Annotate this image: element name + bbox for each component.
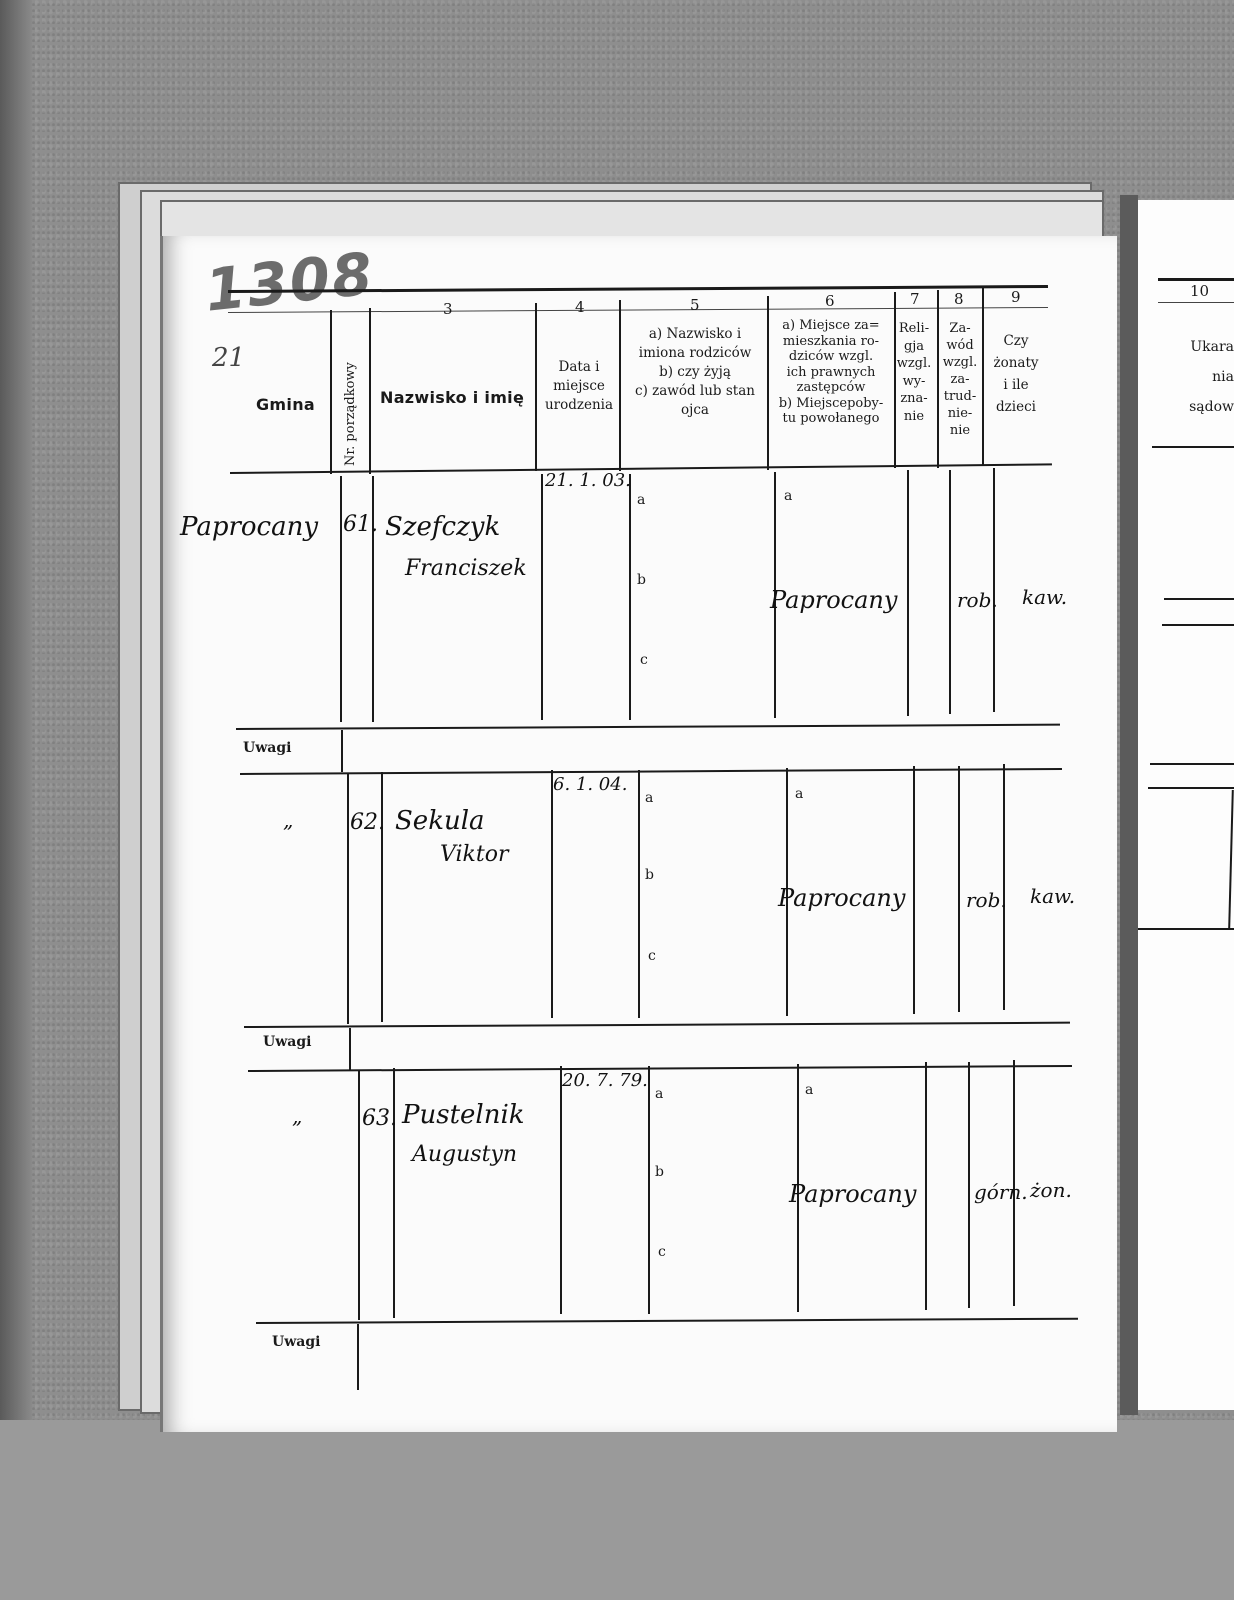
header-data-urodzenia-text: Data i miejsce urodzenia bbox=[545, 359, 613, 413]
book-gutter bbox=[1120, 195, 1138, 1415]
column-number-7: 7 bbox=[910, 290, 920, 308]
column-rule bbox=[541, 474, 543, 720]
entry-2-label-a: a bbox=[645, 790, 653, 806]
column-rule bbox=[560, 1066, 562, 1314]
entry-2-given-name: Viktor bbox=[440, 842, 508, 867]
header-religia: Reli- gja wzgl. wy- zna- nie bbox=[894, 320, 934, 425]
header-line: mieszkania ro- bbox=[768, 334, 894, 350]
column-rule bbox=[369, 308, 371, 474]
column-rule bbox=[535, 303, 537, 471]
header-line: wzgl. bbox=[894, 355, 934, 373]
entry-2-surname: Sekula bbox=[395, 806, 485, 836]
entry-2-occupation: rob. bbox=[966, 888, 1007, 912]
header-line: zastępców bbox=[768, 380, 894, 396]
column-rule bbox=[330, 310, 332, 474]
header-line: wy- bbox=[894, 373, 934, 391]
entry-2-marital: kaw. bbox=[1030, 884, 1075, 908]
entry-1-residence-label-a: a bbox=[784, 488, 792, 504]
column-rule bbox=[949, 470, 951, 714]
entry-3-label-b: b bbox=[655, 1164, 664, 1180]
header-zawod: Za- wód wzgl. za- trud- nie- nie bbox=[938, 320, 982, 439]
column-rule bbox=[347, 774, 349, 1024]
entry-1-label-a: a bbox=[637, 492, 645, 508]
header-line: ojca bbox=[622, 401, 768, 420]
entry-1-gmina: Paprocany bbox=[180, 512, 318, 542]
entry-3-gmina-ditto: „ bbox=[292, 1104, 302, 1128]
header-line: b) czy żyją bbox=[622, 363, 768, 382]
header-ukarania: Ukara nia sądow bbox=[1162, 332, 1234, 422]
entry-3-remarks-label: Uwagi bbox=[272, 1334, 320, 1350]
entry-2-label-c: c bbox=[648, 948, 656, 964]
header-line: Ukara bbox=[1162, 332, 1234, 362]
remarks-rule bbox=[341, 730, 343, 772]
entry-1-residence: Paprocany bbox=[770, 586, 897, 614]
header-line: wód bbox=[938, 337, 982, 354]
column-number-4: 4 bbox=[575, 298, 585, 316]
header-line: Za- bbox=[938, 320, 982, 337]
column-rule bbox=[340, 476, 342, 722]
scan-background-edge bbox=[0, 0, 32, 1600]
column-rule bbox=[937, 290, 939, 468]
right-header-bottom-rule bbox=[1152, 446, 1234, 448]
column-rule bbox=[551, 770, 553, 1018]
header-line: nie bbox=[894, 408, 934, 426]
header-line: trud- bbox=[938, 388, 982, 405]
column-number-5: 5 bbox=[690, 296, 700, 314]
column-rule bbox=[913, 766, 915, 1014]
column-rule bbox=[638, 770, 640, 1018]
header-line: dzieci bbox=[984, 396, 1048, 418]
page-number: 21 bbox=[212, 343, 245, 373]
header-miejsce-zamieszkania: a) Miejsce za= mieszkania ro- dziców wzg… bbox=[768, 318, 894, 427]
header-line: tu powołanego bbox=[768, 411, 894, 427]
right-row-rule bbox=[1150, 763, 1234, 765]
entry-2-gmina-ditto: „ bbox=[283, 808, 293, 832]
column-rule bbox=[894, 292, 896, 468]
column-rule bbox=[925, 1062, 927, 1310]
entry-1-nr: 61. bbox=[343, 512, 378, 537]
column-rule bbox=[907, 470, 909, 716]
column-rule bbox=[982, 288, 984, 466]
entry-3-residence-label-a: a bbox=[805, 1082, 813, 1098]
right-row-rule bbox=[1162, 624, 1234, 626]
entry-2-label-b: b bbox=[645, 867, 654, 883]
header-line: ich prawnych bbox=[768, 365, 894, 381]
entry-2-nr: 62. bbox=[350, 810, 385, 835]
header-line: żonaty bbox=[984, 352, 1048, 374]
right-header-number-rule bbox=[1158, 302, 1234, 303]
entry-3-surname: Pustelnik bbox=[402, 1100, 525, 1130]
remarks-rule bbox=[349, 1028, 351, 1070]
entry-3-marital: żon. bbox=[1030, 1178, 1072, 1202]
entry-1-birth-date: 21. 1. 03. bbox=[545, 470, 631, 491]
header-zonaty: Czy żonaty i ile dzieci bbox=[984, 330, 1048, 418]
header-gmina: Gmina bbox=[256, 395, 315, 414]
header-nr-porzadkowy: Nr. porządkowy bbox=[343, 362, 358, 466]
entry-3-label-c: c bbox=[658, 1244, 666, 1260]
entry-2-residence-label-a: a bbox=[795, 786, 803, 802]
header-line: b) Miejscepoby- bbox=[768, 396, 894, 412]
column-rule bbox=[648, 1066, 650, 1314]
column-rule bbox=[619, 300, 621, 471]
entry-3-residence: Paprocany bbox=[789, 1180, 916, 1208]
header-data-urodzenia: Data i miejsce urodzenia bbox=[538, 358, 620, 415]
header-line: nie- bbox=[938, 405, 982, 422]
header-nazwisko-imie: Nazwisko i imię bbox=[380, 388, 524, 407]
header-line: dziców wzgl. bbox=[768, 349, 894, 365]
column-number-9: 9 bbox=[1011, 288, 1021, 306]
entry-3-given-name: Augustyn bbox=[412, 1142, 517, 1167]
header-line: nie bbox=[938, 422, 982, 439]
entry-3-birth-date: 20. 7. 79. bbox=[562, 1070, 648, 1091]
entry-1-surname: Szefczyk bbox=[385, 512, 500, 542]
header-line: Czy bbox=[984, 330, 1048, 352]
right-row-rule bbox=[1148, 787, 1234, 789]
header-line: a) Miejsce za= bbox=[768, 318, 894, 334]
entry-2-residence: Paprocany bbox=[778, 884, 905, 912]
right-row-rule bbox=[1138, 928, 1234, 930]
column-rule bbox=[358, 1070, 360, 1320]
entry-1-label-b: b bbox=[637, 572, 646, 588]
column-number-8: 8 bbox=[954, 290, 964, 308]
entry-1-label-c: c bbox=[640, 652, 648, 668]
header-line: zna- bbox=[894, 390, 934, 408]
header-line: imiona rodziców bbox=[622, 344, 768, 363]
column-rule bbox=[958, 766, 960, 1012]
scan-background-bottom bbox=[0, 1420, 1234, 1600]
column-rule bbox=[968, 1062, 970, 1308]
column-number-10: 10 bbox=[1190, 282, 1209, 300]
entry-3-nr: 63. bbox=[362, 1106, 397, 1131]
header-line: wzgl. bbox=[938, 354, 982, 371]
header-line: Reli- bbox=[894, 320, 934, 338]
entry-2-birth-date: 6. 1. 04. bbox=[553, 774, 627, 795]
header-line: i ile bbox=[984, 374, 1048, 396]
header-line: za- bbox=[938, 371, 982, 388]
header-line: sądow bbox=[1162, 392, 1234, 422]
entry-3-label-a: a bbox=[655, 1086, 663, 1102]
column-rule bbox=[767, 296, 769, 470]
column-number-3: 3 bbox=[443, 300, 453, 318]
right-header-top-rule bbox=[1158, 278, 1234, 281]
entry-3-occupation: górn. bbox=[974, 1180, 1028, 1204]
right-row-rule bbox=[1164, 598, 1234, 600]
column-rule bbox=[629, 474, 631, 720]
header-line: c) zawód lub stan bbox=[622, 382, 768, 401]
entry-1-given-name: Franciszek bbox=[405, 556, 527, 581]
entry-1-marital: kaw. bbox=[1022, 585, 1067, 609]
column-rule bbox=[1003, 764, 1005, 1010]
header-line: a) Nazwisko i bbox=[622, 325, 768, 344]
entry-1-remarks-label: Uwagi bbox=[243, 740, 291, 756]
header-rodzice: a) Nazwisko i imiona rodziców b) czy żyj… bbox=[622, 325, 768, 420]
entry-1-occupation: rob. bbox=[957, 588, 998, 612]
header-line: gja bbox=[894, 338, 934, 356]
header-line: nia bbox=[1162, 362, 1234, 392]
column-number-6: 6 bbox=[825, 292, 835, 310]
remarks-rule bbox=[357, 1324, 359, 1390]
entry-2-remarks-label: Uwagi bbox=[263, 1034, 311, 1050]
